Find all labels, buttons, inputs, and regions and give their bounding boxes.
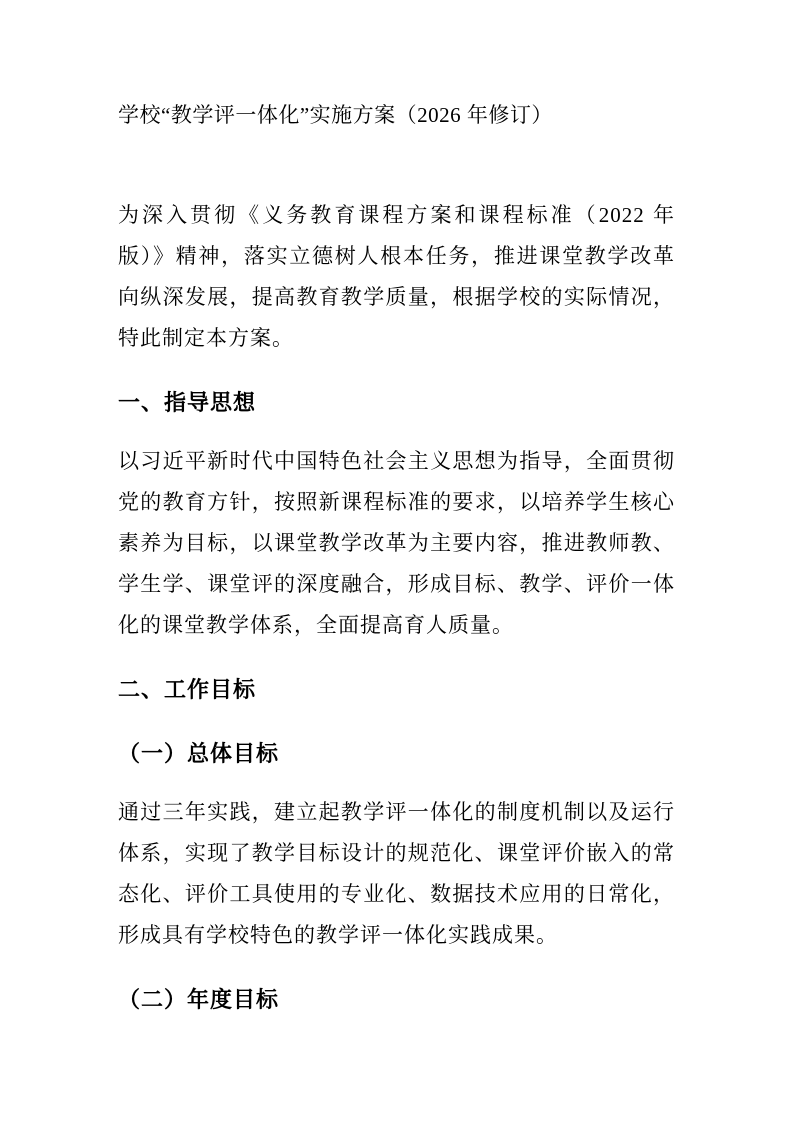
subsection-heading-overall-goal: （一）总体目标 <box>118 733 675 774</box>
document-title: 学校“教学评一体化”实施方案（2026 年修订） <box>118 95 675 136</box>
document-page: 学校“教学评一体化”实施方案（2026 年修订） 为深入贯彻《义务教育课程方案和… <box>0 0 793 1122</box>
section-heading-guiding-ideology: 一、指导思想 <box>118 382 675 423</box>
guiding-ideology-paragraph: 以习近平新时代中国特色社会主义思想为指导，全面贯彻党的教育方针，按照新课程标准的… <box>118 441 675 646</box>
intro-paragraph: 为深入贯彻《义务教育课程方案和课程标准（2022 年版）》精神，落实立德树人根本… <box>118 195 675 359</box>
overall-goal-paragraph: 通过三年实践，建立起教学评一体化的制度机制以及运行体系，实现了教学目标设计的规范… <box>118 792 675 956</box>
section-heading-work-goals: 二、工作目标 <box>118 669 675 710</box>
subsection-heading-annual-goal: （二）年度目标 <box>118 979 675 1020</box>
